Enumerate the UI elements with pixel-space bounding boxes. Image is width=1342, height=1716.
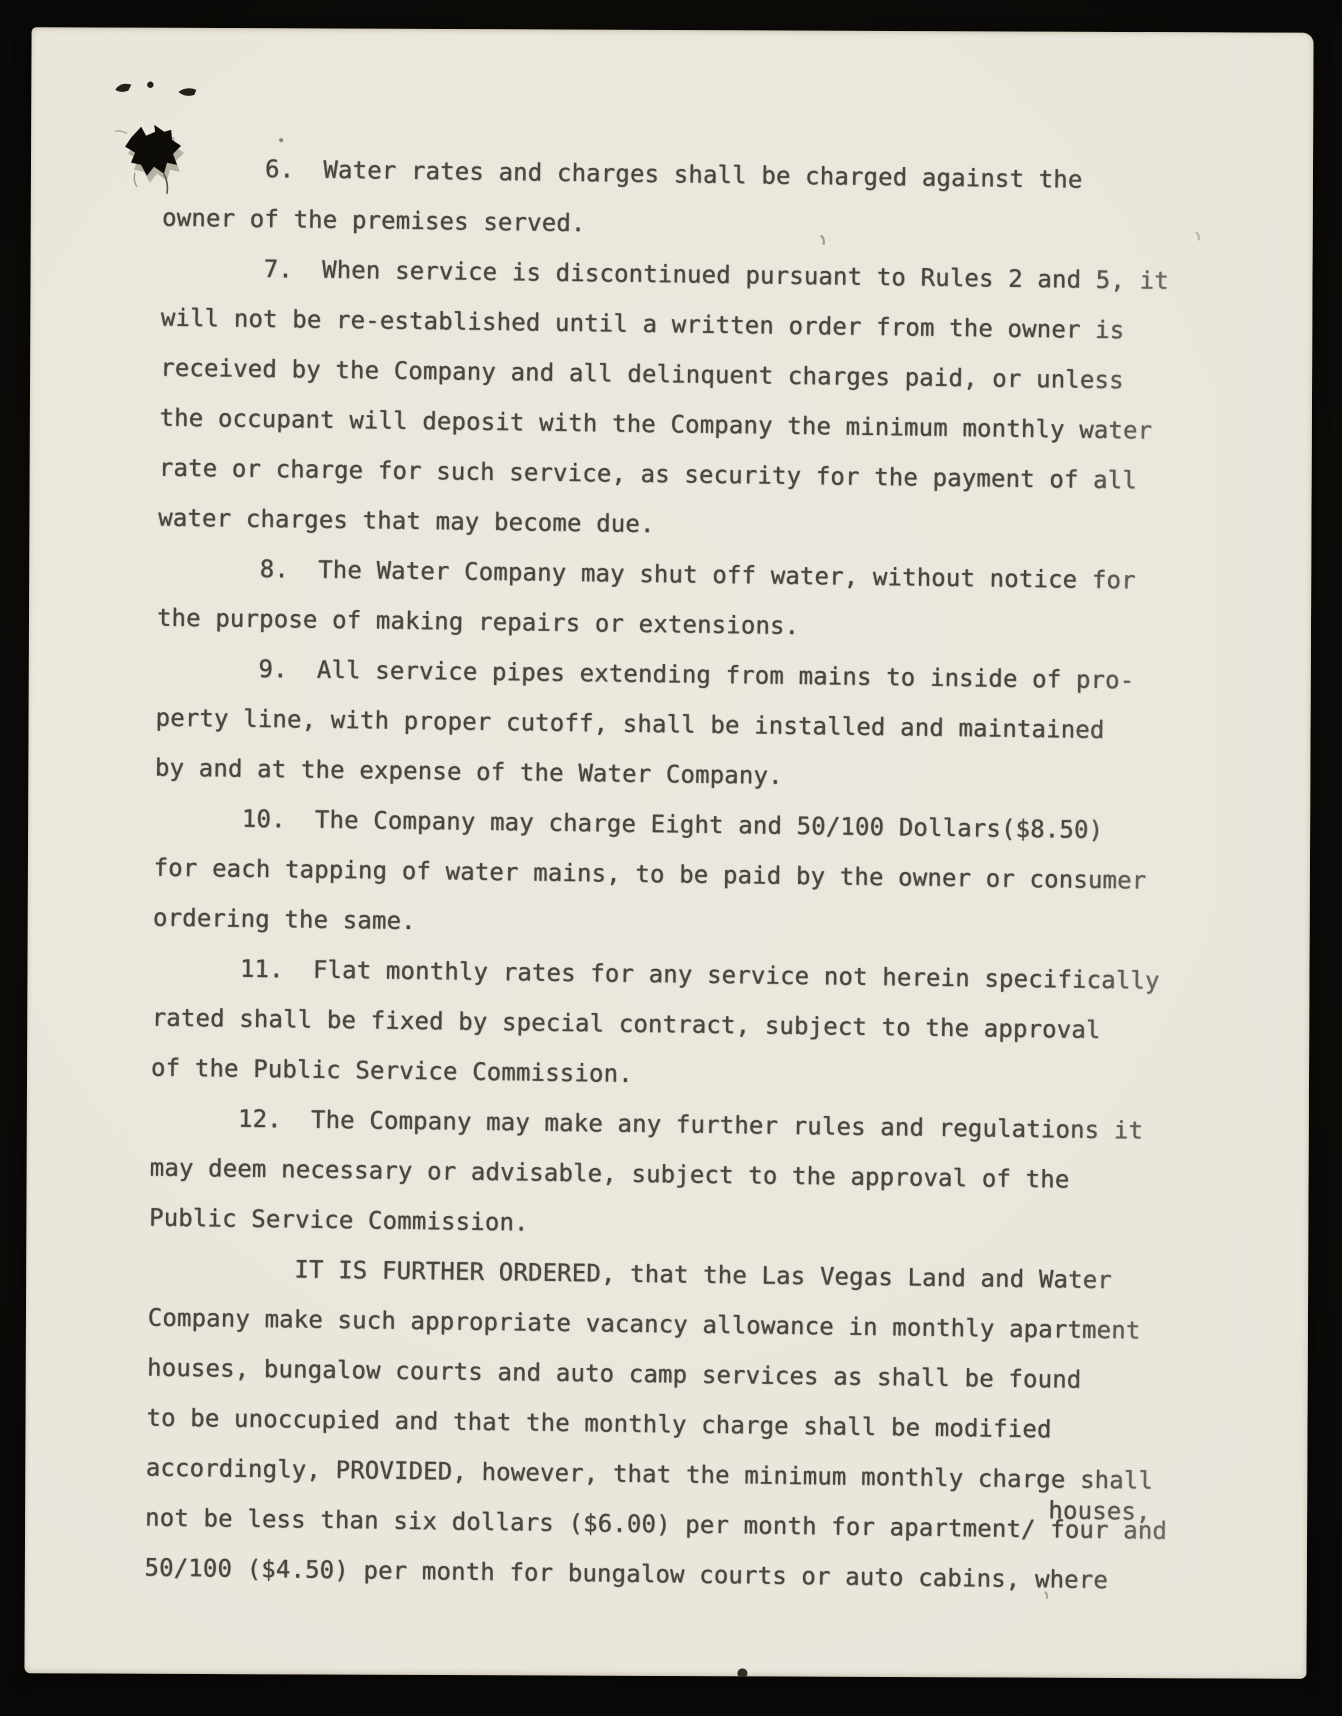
text-line-content: water charges that may become due. (158, 504, 655, 538)
text-line-content: the purpose of making repairs or extensi… (157, 604, 800, 640)
text-line-content: received by the Company and all delinque… (160, 354, 1124, 395)
text-line-content: Company make such appropriate vacancy al… (148, 1304, 1141, 1345)
scanner-background: 6. Water rates and charges shall be char… (0, 0, 1342, 1716)
document-text: 6. Water rates and charges shall be char… (12, 27, 1314, 1608)
text-line-content: 50/100 ($4.50) per month for bungalow co… (144, 1554, 1108, 1595)
text-line-content: 7. When service is discontinued pursuant… (161, 254, 1169, 295)
text-line-content: Public Service Commission. (149, 1204, 529, 1237)
text-line-content: 9. All service pipes extending from main… (156, 654, 1134, 695)
text-line-content: 8. The Water Company may shut off water,… (157, 554, 1135, 595)
text-line-content: ordering the same. (153, 904, 416, 935)
text-line-content: owner of the premises served. (162, 204, 586, 238)
text-line-content: to be unoccupied and that the monthly ch… (146, 1404, 1051, 1444)
text-line-content: the occupant will deposit with the Compa… (159, 404, 1152, 445)
text-line-content: 11. Flat monthly rates for any service n… (152, 954, 1160, 995)
text-line-content: by and at the expense of the Water Compa… (155, 754, 783, 790)
text-line-content: not be less than six dollars ($6.00) per… (145, 1504, 1167, 1545)
text-line-content: houses, bungalow courts and auto camp se… (147, 1354, 1082, 1394)
text-line-content: perty line, with proper cutoff, shall be… (155, 704, 1104, 744)
text-line-content: rated shall be fixed by special contract… (152, 1004, 1101, 1044)
text-line-content: accordingly, PROVIDED, however, that the… (146, 1454, 1154, 1495)
text-line-content: of the Public Service Commission. (151, 1054, 633, 1088)
text-line-content: rate or charge for such service, as secu… (159, 454, 1137, 495)
text-line-content: 12. The Company may make any further rul… (150, 1104, 1143, 1145)
text-line-content: IT IS FURTHER ORDERED, that the Las Vega… (148, 1254, 1112, 1295)
text-line-content: 6. Water rates and charges shall be char… (163, 154, 1083, 194)
text-line-content: will not be re-established until a writt… (161, 304, 1125, 345)
bottom-edge-mark (737, 1668, 747, 1678)
text-line-content: for each tapping of water mains, to be p… (153, 854, 1146, 895)
text-line-content: may deem necessary or advisable, subject… (150, 1154, 1070, 1194)
text-line-content: 10. The Company may charge Eight and 50/… (154, 804, 1103, 844)
inserted-word-above-line: houses, (1048, 1496, 1151, 1525)
document-page: 6. Water rates and charges shall be char… (24, 27, 1313, 1679)
